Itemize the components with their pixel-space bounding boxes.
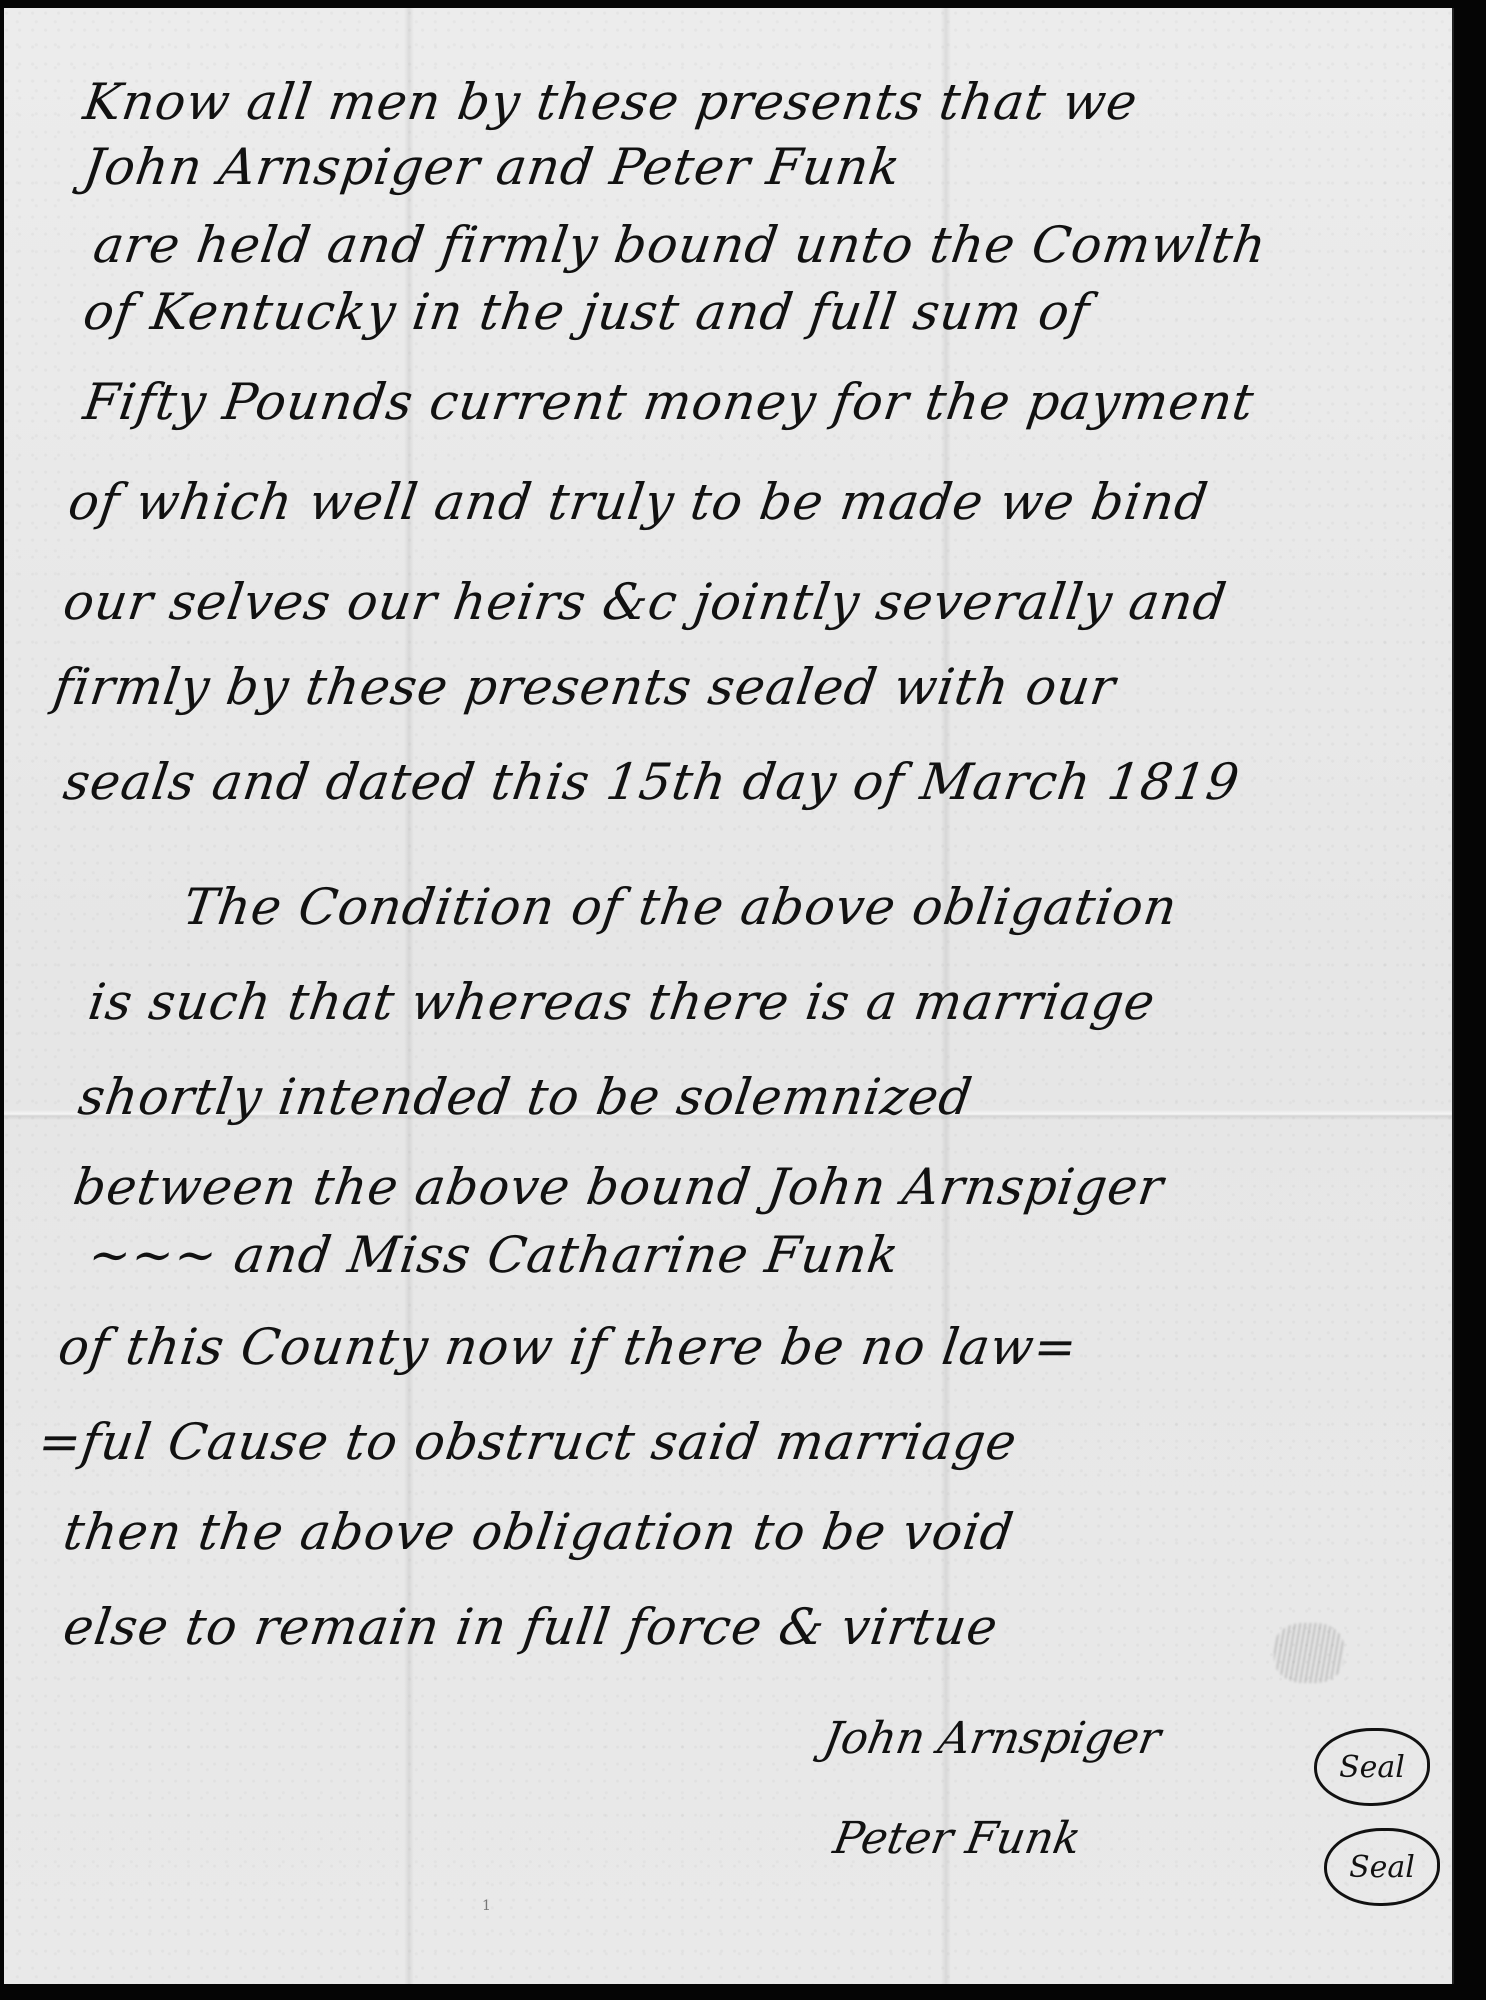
seal-label: Seal <box>1339 1750 1405 1785</box>
body-line: firmly by these presents sealed with our <box>50 658 1120 716</box>
condition-line: shortly intended to be solemnized <box>75 1068 976 1126</box>
condition-line: of this County now if there be no law= <box>55 1318 1081 1376</box>
body-line: are held and firmly bound unto the Comwl… <box>90 216 1270 274</box>
body-line: John Arnspiger and Peter Funk <box>80 138 905 196</box>
condition-line: else to remain in full force & virtue <box>60 1598 1002 1656</box>
body-line: our selves our heirs &c jointly severall… <box>60 573 1231 631</box>
condition-line: is such that whereas there is a marriage <box>85 973 1159 1031</box>
signature-peter-funk: Peter Funk <box>830 1813 1085 1864</box>
manuscript-page: Know all men by these presents that we J… <box>4 8 1454 1984</box>
body-line: of Kentucky in the just and full sum of <box>80 283 1094 341</box>
condition-line: then the above obligation to be void <box>60 1503 1018 1561</box>
seal-mark: Seal <box>1324 1828 1440 1906</box>
condition-line: =ful Cause to obstruct said marriage <box>35 1413 1021 1471</box>
body-line: Know all men by these presents that we <box>80 73 1142 131</box>
body-line: of which well and truly to be made we bi… <box>65 473 1212 531</box>
ink-smudge <box>1274 1623 1344 1683</box>
signature-john-arnspiger: John Arnspiger <box>820 1713 1165 1764</box>
condition-line: ~~~ and Miss Catharine Funk <box>85 1226 903 1284</box>
seal-mark: Seal <box>1314 1728 1430 1806</box>
body-line: Fifty Pounds current money for the payme… <box>80 373 1258 431</box>
condition-line: The Condition of the above obligation <box>180 878 1181 936</box>
seal-label: Seal <box>1349 1850 1415 1885</box>
condition-line: between the above bound John Arnspiger <box>70 1158 1168 1216</box>
body-line: seals and dated this 15th day of March 1… <box>60 753 1243 811</box>
page-mark: 1 <box>482 1898 491 1914</box>
